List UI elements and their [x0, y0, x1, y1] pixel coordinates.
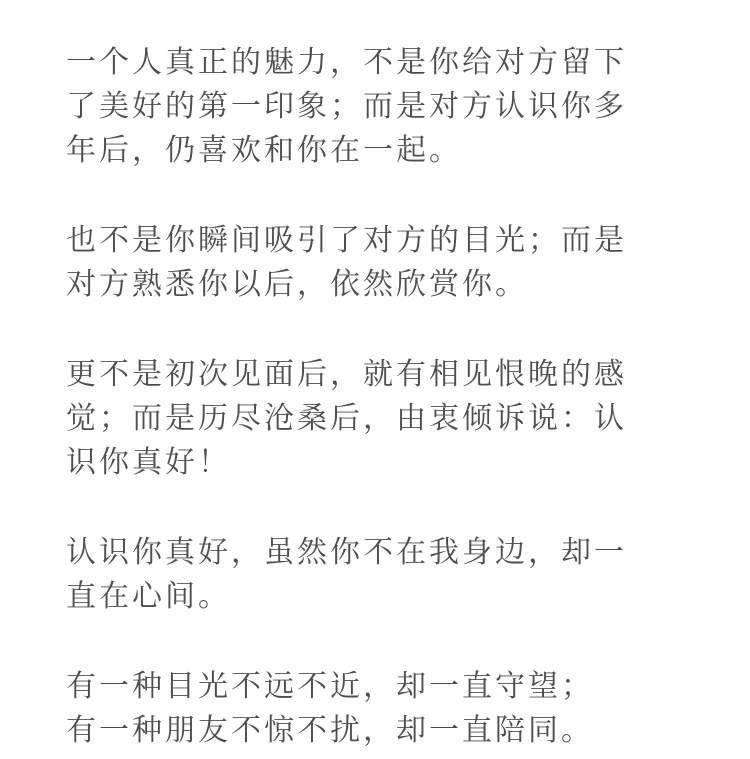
paragraph-2: 也不是你瞬间吸引了对方的目光；而是对方熟悉你以后，依然欣赏你。 [66, 219, 636, 307]
paragraph-5: 有一种目光不远不近，却一直守望； 有一种朋友不惊不扰，却一直陪同。 [66, 665, 636, 753]
paragraph-5-line-2: 有一种朋友不惊不扰，却一直陪同。 [66, 714, 594, 747]
paragraph-4: 认识你真好，虽然你不在我身边，却一直在心间。 [66, 531, 636, 619]
article-body: 一个人真正的魅力，不是你给对方留下了美好的第一印象；而是对方认识你多年后，仍喜欢… [0, 0, 750, 753]
paragraph-5-line-1: 有一种目光不远不近，却一直守望； [66, 670, 594, 703]
paragraph-3: 更不是初次见面后，就有相见恨晚的感觉；而是历尽沧桑后，由衷倾诉说：认识你真好！ [66, 353, 636, 485]
paragraph-1: 一个人真正的魅力，不是你给对方留下了美好的第一印象；而是对方认识你多年后，仍喜欢… [66, 41, 636, 173]
